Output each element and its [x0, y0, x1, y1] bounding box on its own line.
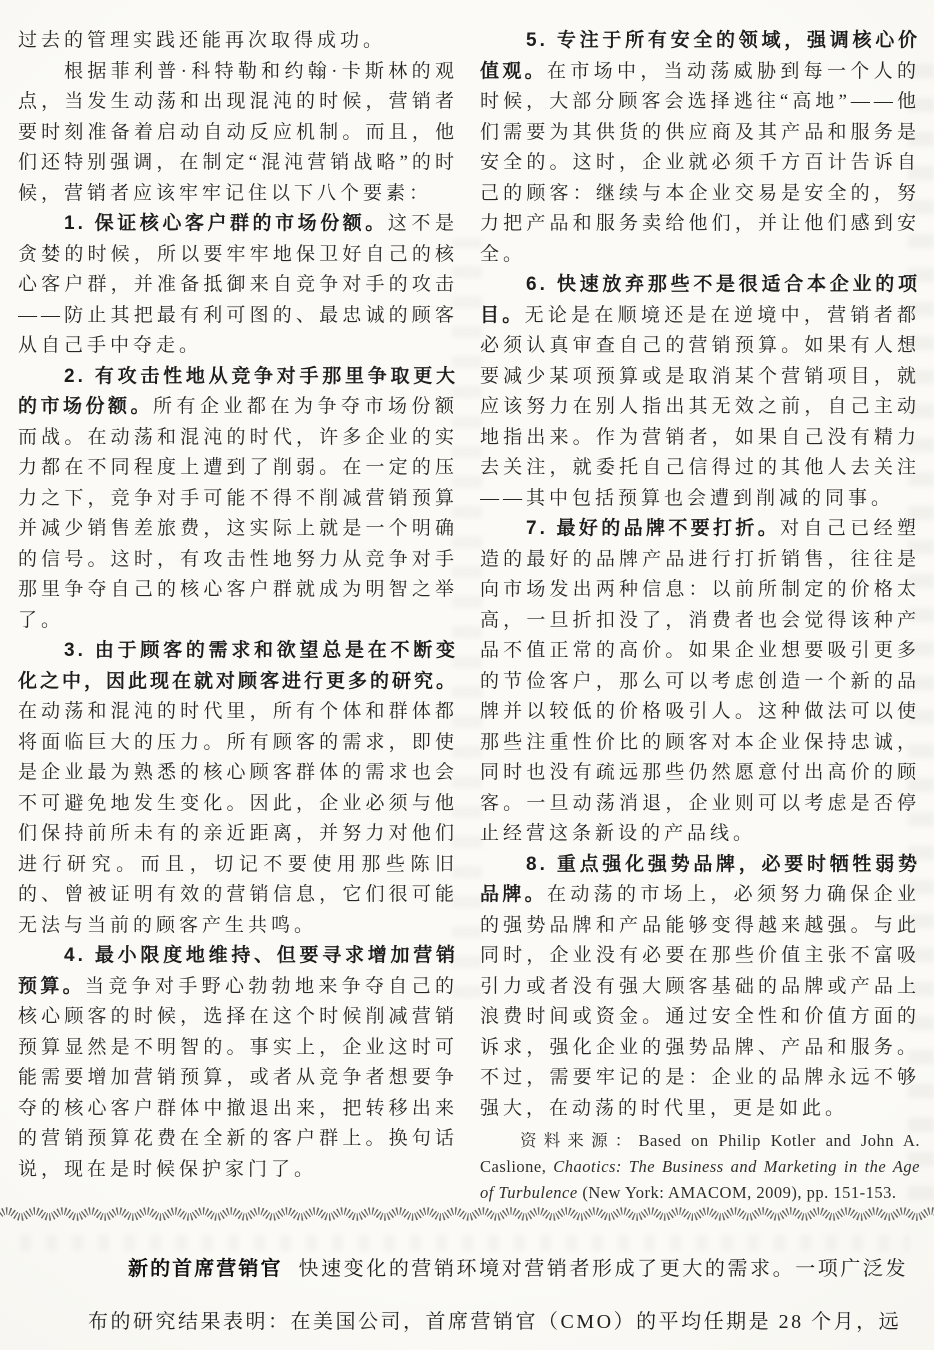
cmo-heading: 新的首席营销官 — [128, 1258, 283, 1280]
wavy-divider — [0, 1205, 934, 1223]
item-3-heading: 3. 由于顾客的需求和欲望总是在不断变化之中，因此现在就对顾客进行更多的研究。 — [18, 640, 458, 692]
list-item-4: 4. 最小限度地维持、但要寻求增加营销预算。当竞争对手野心勃勃地来争夺自己的核心… — [18, 941, 458, 1185]
item-6-body: 无论是在顺境还是在逆境中，营销者都必须认真审查自己的营销预算。如果有人想要减少某… — [480, 305, 920, 509]
source-publisher: (New York: AMACOM, 2009), pp. 151-153. — [578, 1183, 897, 1202]
left-column: 过去的管理实践还能再次取得成功。 根据菲利普·科特勒和约翰·卡斯林的观点，当发生… — [18, 26, 458, 1206]
paragraph-text: 过去的管理实践还能再次取得成功。 — [18, 30, 386, 51]
item-1-body: 这不是贪婪的时候，所以要牢牢地保卫好自己的核心客户群，并准备抵御来自竞争对手的攻… — [18, 213, 458, 356]
list-item-3: 3. 由于顾客的需求和欲望总是在不断变化之中，因此现在就对顾客进行更多的研究。在… — [18, 636, 458, 941]
item-5-body: 在市场中，当动荡威胁到每一个人的时候，大部分顾客会选择逃往“高地”——他们需要为… — [480, 61, 920, 265]
book-page: 过去的管理实践还能再次取得成功。 根据菲利普·科特勒和约翰·卡斯林的观点，当发生… — [0, 0, 934, 1350]
list-item-7: 7. 最好的品牌不要打折。对自己已经塑造的最好的品牌产品进行打折销售，往往是向市… — [480, 514, 920, 850]
cmo-paragraph: 新的首席营销官快速变化的营销环境对营销者形成了更大的需求。一项广泛发布的研究结果… — [88, 1243, 908, 1350]
source-citation: 资料来源：Based on Philip Kotler and John A. … — [480, 1128, 920, 1206]
intro-paragraph: 根据菲利普·科特勒和约翰·卡斯林的观点，当发生动荡和出现混沌的时候，营销者要时刻… — [18, 57, 458, 210]
list-item-1: 1. 保证核心客户群的市场份额。这不是贪婪的时候，所以要牢牢地保卫好自己的核心客… — [18, 209, 458, 362]
list-item-2: 2. 有攻击性地从竞争对手那里争取更大的市场份额。所有企业都在为争夺市场份额而战… — [18, 362, 458, 637]
continuation-paragraph: 过去的管理实践还能再次取得成功。 — [18, 26, 458, 57]
list-item-6: 6. 快速放弃那些不是很适合本企业的项目。无论是在顺境还是在逆境中，营销者都必须… — [480, 270, 920, 514]
item-1-heading: 1. 保证核心客户群的市场份额。 — [64, 213, 388, 234]
item-2-body: 所有企业都在为争夺市场份额而战。在动荡和混沌的时代，许多企业的实力都在不同程度上… — [18, 396, 458, 631]
item-7-heading: 7. 最好的品牌不要打折。 — [526, 518, 780, 539]
item-8-body: 在动荡的市场上，必须努力确保企业的强势品牌和产品能够变得越来越强。与此同时，企业… — [480, 884, 920, 1119]
right-column: 5. 专注于所有安全的领域，强调核心价值观。在市场中，当动荡威胁到每一个人的时候… — [480, 26, 920, 1206]
paragraph-text: 根据菲利普·科特勒和约翰·卡斯林的观点，当发生动荡和出现混沌的时候，营销者要时刻… — [18, 61, 458, 204]
source-label: 资料来源： — [520, 1131, 639, 1150]
item-7-body: 对自己已经塑造的最好的品牌产品进行打折销售，往往是向市场发出两种信息：以前所制定… — [480, 518, 920, 844]
main-text-area: 过去的管理实践还能再次取得成功。 根据菲利普·科特勒和约翰·卡斯林的观点，当发生… — [18, 26, 920, 1206]
list-item-5: 5. 专注于所有安全的领域，强调核心价值观。在市场中，当动荡威胁到每一个人的时候… — [480, 26, 920, 270]
item-4-body: 当竞争对手野心勃勃地来争夺自己的核心顾客的时候，选择在这个时候削减营销预算显然是… — [18, 976, 458, 1180]
list-item-8: 8. 重点强化强势品牌，必要时牺牲弱势品牌。在动荡的市场上，必须努力确保企业的强… — [480, 850, 920, 1125]
item-3-body: 在动荡和混沌的时代里，所有个体和群体都将面临巨大的压力。所有顾客的需求，即使是企… — [18, 701, 458, 936]
